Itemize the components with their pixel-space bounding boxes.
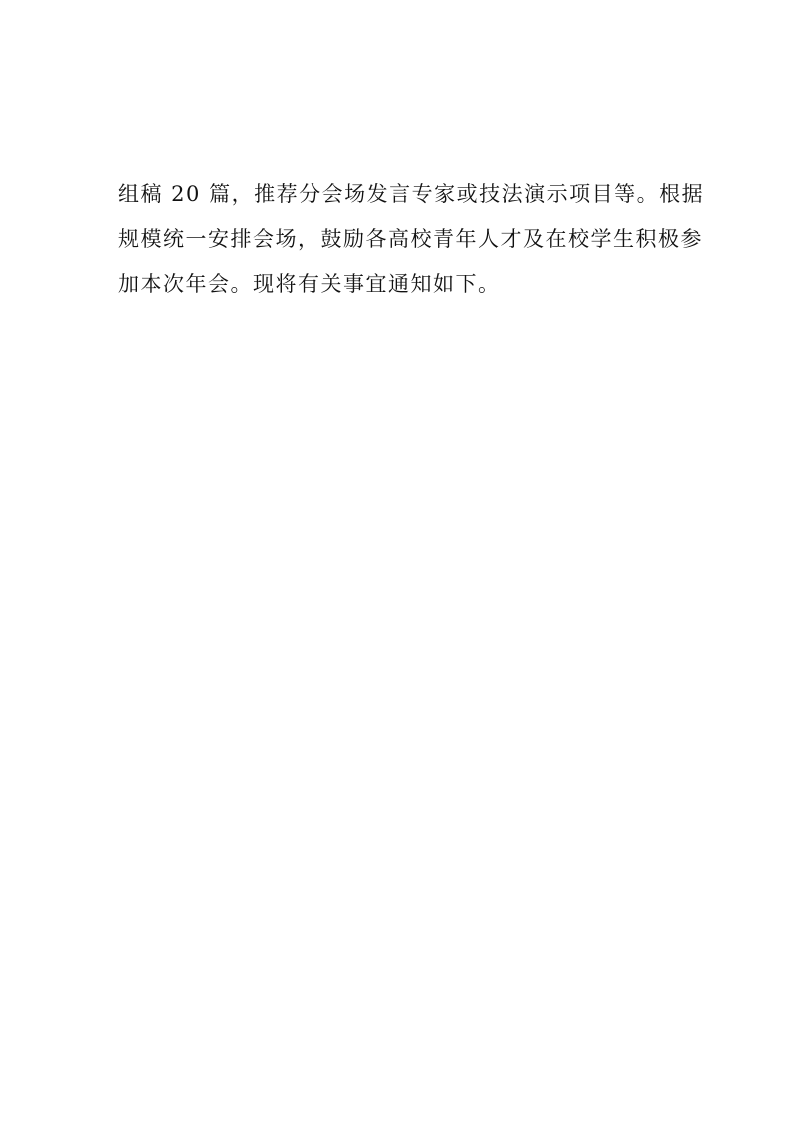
paragraph-line: 加本次年会。现将有关事宜通知如下。: [118, 270, 684, 298]
document-page: 组稿 20 篇，推荐分会场发言专家或技法演示项目等。根据 规模统一安排会场，鼓励…: [0, 0, 800, 1131]
paragraph-line: 规模统一安排会场，鼓励各高校青年人才及在校学生积极参: [118, 225, 684, 253]
paragraph-line: 组稿 20 篇，推荐分会场发言专家或技法演示项目等。根据: [118, 180, 684, 208]
